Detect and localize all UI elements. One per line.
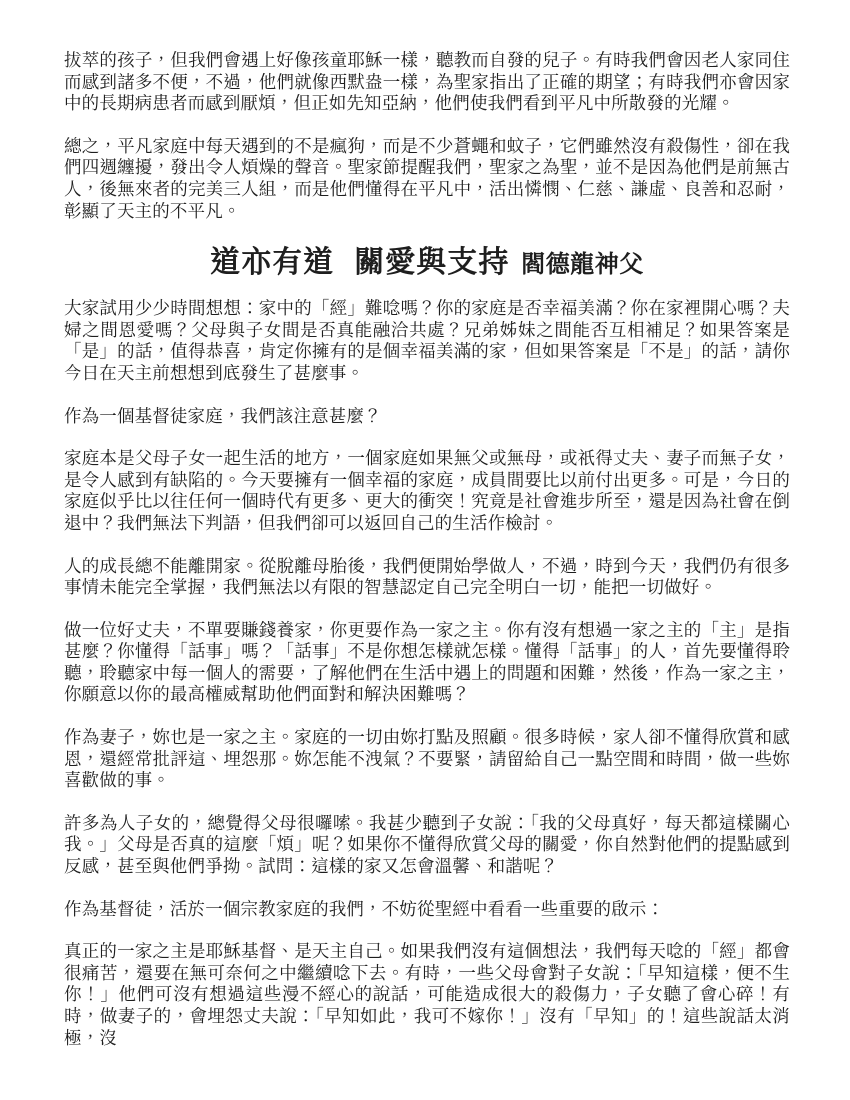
document-page: 拔萃的孩子，但我們會遇上好像孩童耶穌一樣，聽教而自發的兒子。有時我們會因老人家同… bbox=[0, 0, 850, 1100]
paragraph-intro-questions: 大家試用少少時間想想：家中的「經」難唸嗎？你的家庭是否幸福美滿？你在家裡開心嗎？… bbox=[64, 298, 790, 384]
paragraph-good-husband: 做一位好丈夫，不單要賺錢養家，你更要作為一家之主。你有沒有想過一家之主的「主」是… bbox=[64, 620, 790, 706]
paragraph-growing-up: 人的成長總不能離開家。從脫離母胎後，我們便開始學做人，不過，時到今天，我們仍有很… bbox=[64, 556, 790, 599]
column-title: 道亦有道 bbox=[210, 246, 334, 279]
continuation-paragraph: 拔萃的孩子，但我們會遇上好像孩童耶穌一樣，聽教而自發的兒子。有時我們會因老人家同… bbox=[64, 50, 790, 115]
paragraph-family-nature: 家庭本是父母子女一起生活的地方，一個家庭如果無父或無母，或祇得丈夫、妻子而無子女… bbox=[64, 448, 790, 534]
article-author: 閻德龍神父 bbox=[521, 252, 644, 278]
paragraph-as-wife: 作為妻子，妳也是一家之主。家庭的一切由妳打點及照顧。很多時候，家人卻不懂得欣賞和… bbox=[64, 727, 790, 792]
paragraph-true-head-of-family: 真正的一家之主是耶穌基督、是天主自己。如果我們沒有這個想法，我們每天唸的「經」都… bbox=[64, 941, 790, 1049]
paragraph-holy-family: 總之，平凡家庭中每天遇到的不是瘋狗，而是不少蒼蠅和蚊子，它們雖然沒有殺傷性，卻在… bbox=[64, 136, 790, 222]
article-title: 關愛與支持 bbox=[354, 246, 509, 279]
paragraph-bible-insight-lead: 作為基督徒，活於一個宗教家庭的我們，不妨從聖經中看看一些重要的啟示： bbox=[64, 899, 790, 921]
paragraph-christian-family-question: 作為一個基督徒家庭，我們該注意甚麼？ bbox=[64, 406, 790, 428]
paragraph-as-children: 許多為人子女的，總覺得父母很囉嗦。我甚少聽到子女說：「我的父母真好，每天都這樣關… bbox=[64, 813, 790, 878]
article-heading: 道亦有道關愛與支持閻德龍神父 bbox=[64, 243, 790, 288]
